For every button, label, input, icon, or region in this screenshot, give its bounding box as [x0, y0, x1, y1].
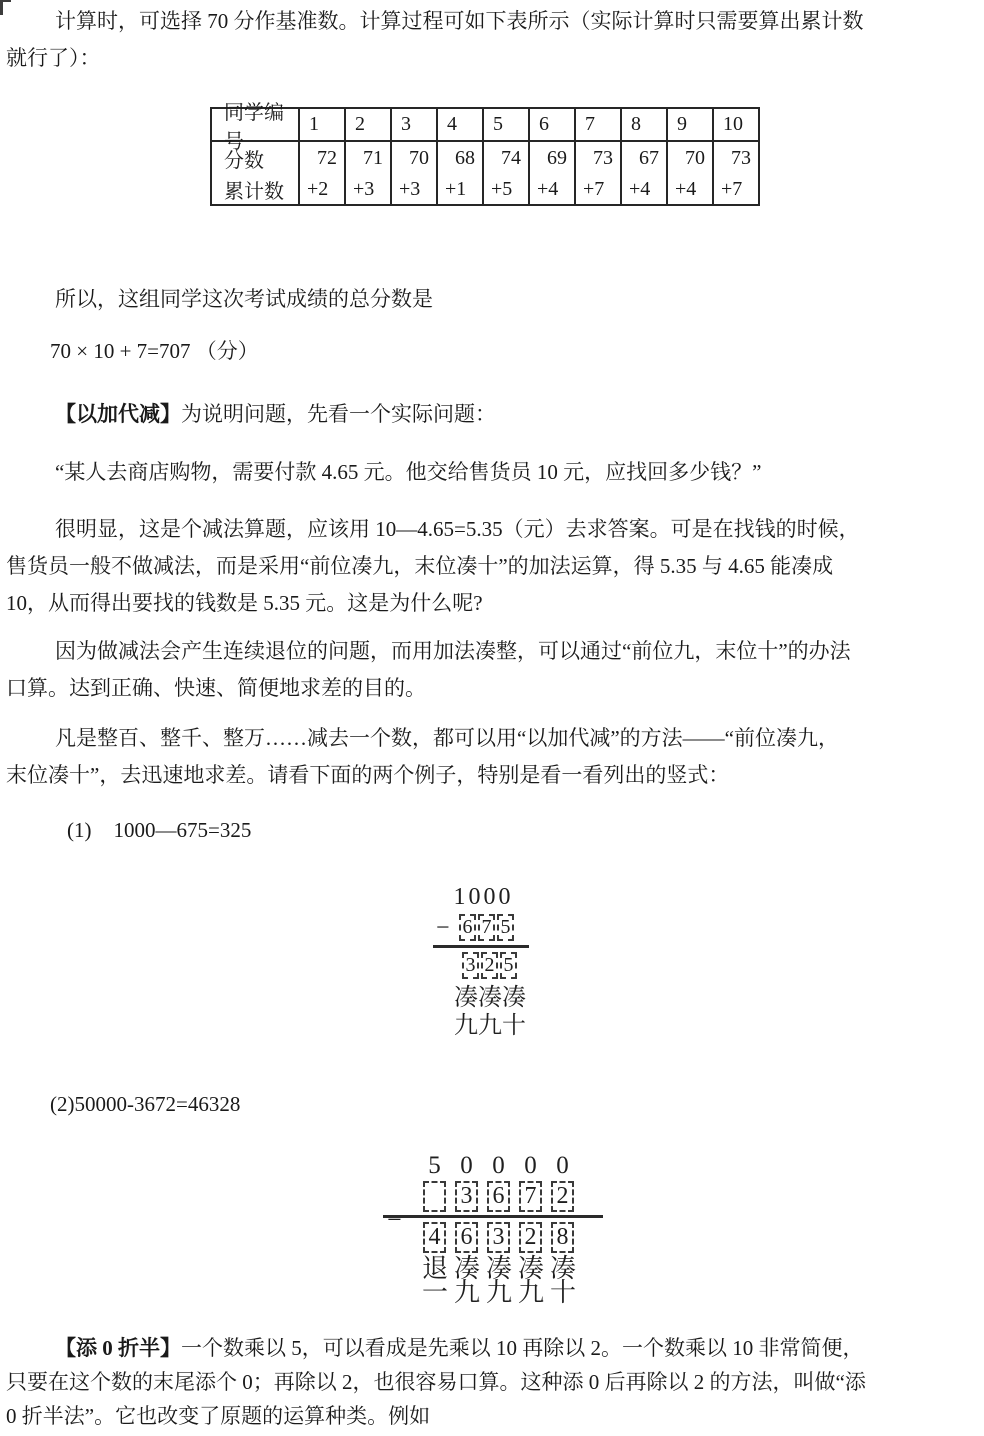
cell-value: +5: [491, 178, 512, 201]
paragraph-add-for-subtract-head: 【以加代减】为说明问题，先看一个实际问题：: [6, 396, 978, 433]
digit-box: 2: [519, 1222, 542, 1253]
calc2-subtrahend-boxes: 3672: [423, 1181, 583, 1212]
cumulative-cell: +4: [528, 174, 574, 204]
digit-box: 2: [481, 952, 498, 979]
note-char: 十: [547, 1281, 579, 1305]
score-cell: 74: [482, 142, 528, 174]
student-number-cell: 3: [390, 109, 436, 140]
score-cell: 68: [436, 142, 482, 174]
cell-value: 5: [493, 113, 503, 136]
cell-value: +3: [353, 178, 374, 201]
section-header-append-zero: 【添 0 折半】: [55, 1336, 181, 1360]
digit-box: 5: [500, 952, 517, 979]
paragraph-obvious: 很明显，这是个减法算题，应该用 10—4.65=5.35（元）去求答案。可是在找…: [6, 511, 978, 622]
student-number-cell: 10: [712, 109, 758, 140]
score-row-label: 分数: [212, 142, 298, 174]
paragraph-line: 0 折半法”。它也改变了原题的运算种类。例如: [6, 1399, 978, 1433]
minuend-digit: 1: [452, 886, 467, 909]
student-number-cell: 2: [344, 109, 390, 140]
paragraph-intro: 计算时，可选择 70 分作基准数。计算过程可如下表所示（实际计算时只需要算出累计…: [6, 3, 978, 77]
summary-text: 所以，这组同学这次考试成绩的总分数是: [6, 281, 978, 318]
cell-value: 70: [685, 147, 705, 170]
minus-sign: −: [436, 916, 450, 940]
section-header-add-for-subtract: 【以加代减】: [55, 402, 181, 426]
cell-value: +4: [629, 178, 650, 201]
cell-value: +7: [583, 178, 604, 201]
digit-box: 6: [459, 914, 476, 941]
cumulative-cell: +7: [574, 174, 620, 204]
paragraph-summary: 所以，这组同学这次考试成绩的总分数是: [6, 281, 978, 318]
minuend-digit: 0: [551, 1156, 574, 1176]
cell-value: 74: [501, 147, 521, 170]
cumulative-cell: +7: [712, 174, 758, 204]
table-cumulative-row: 累计数 +2+3+3+1+5+4+7+4+4+7: [212, 174, 758, 204]
cell-value: +7: [721, 178, 742, 201]
student-number-cell: 8: [620, 109, 666, 140]
score-table: 同学编号 12345678910 分数 72717068746973677073…: [210, 107, 760, 206]
total-formula: 70 × 10 + 7=707 （分）: [50, 336, 259, 366]
note-char: 九: [515, 1281, 547, 1305]
intro-line-1: 计算时，可选择 70 分作基准数。计算过程可如下表所示（实际计算时只需要算出累计…: [6, 3, 978, 40]
cumulative-cell: +1: [436, 174, 482, 204]
digit-box: 3: [455, 1181, 478, 1212]
cell-value: +2: [307, 178, 328, 201]
note-char: 九: [451, 1281, 483, 1305]
cell-value: 7: [585, 113, 595, 136]
calc2-note-row2: 一九九九十: [419, 1281, 605, 1305]
note-char: 九: [483, 1281, 515, 1305]
cumulative-cells: +2+3+3+1+5+4+7+4+4+7: [298, 174, 758, 204]
paragraph-line: 很明显，这是个减法算题，应该用 10—4.65=5.35（元）去求答案。可是在找…: [6, 511, 978, 548]
cell-value: 4: [447, 113, 457, 136]
digit-box: 8: [551, 1222, 574, 1253]
calc1-result-boxes: 325: [462, 952, 519, 979]
cell-value: +1: [445, 178, 466, 201]
cell-value: +4: [537, 178, 558, 201]
calc1-note-line1: 凑凑凑: [452, 986, 528, 1011]
digit-box: 4: [423, 1222, 446, 1253]
score-cell: 72: [298, 142, 344, 174]
minuend-digit: 0: [487, 1156, 510, 1176]
cell-value: 8: [631, 113, 641, 136]
score-cell: 73: [574, 142, 620, 174]
quote-text: “某人去商店购物，需要付款 4.65 元。他交给售货员 10 元，应找回多少钱？…: [6, 454, 978, 491]
digit-box: 7: [519, 1181, 542, 1212]
cell-value: +3: [399, 178, 420, 201]
example2-equation: (2)50000-3672=46328: [50, 1089, 240, 1119]
student-number-cell: 1: [298, 109, 344, 140]
digit-box: 3: [462, 952, 479, 979]
section-intro-text: 为说明问题，先看一个实际问题：: [181, 402, 496, 426]
calc2-result-boxes: 46328: [423, 1222, 583, 1253]
calc1-note-line2: 九九十: [452, 1014, 528, 1039]
cumulative-cell: +5: [482, 174, 528, 204]
minuend-digit: 5: [423, 1156, 446, 1176]
score-cell: 69: [528, 142, 574, 174]
cumulative-cell: +4: [620, 174, 666, 204]
example1-equation: 1000—675=325: [114, 815, 252, 845]
score-cell: 73: [712, 142, 758, 174]
student-number-cells: 12345678910: [298, 109, 758, 140]
paragraph-line: 凡是整百、整千、整万……减去一个数，都可以用“以加代减”的方法——“前位凑九，: [6, 720, 978, 757]
cell-value: 69: [547, 147, 567, 170]
calc2-subtrahend-row: − 3672: [383, 1181, 605, 1212]
minuend-digit: 0: [467, 886, 482, 909]
paragraph-line: 售货员一般不做减法，而是采用“前位凑九，末位凑十”的加法运算，得 5.35 与 …: [6, 548, 978, 585]
score-cell: 70: [666, 142, 712, 174]
digit-box: 6: [487, 1181, 510, 1212]
example1-label: (1): [67, 815, 92, 845]
vertical-calc-1: 1000 − 675 325 凑凑凑 九九十: [433, 886, 543, 1039]
note-char: 一: [419, 1281, 451, 1305]
paragraph-line: 只要在这个数的末尾添个 0；再除以 2，也很容易口算。这种添 0 后再除以 2 …: [6, 1365, 978, 1399]
student-number-cell: 9: [666, 109, 712, 140]
score-cell: 71: [344, 142, 390, 174]
minuend-digit: 0: [482, 886, 497, 909]
cell-value: 70: [409, 147, 429, 170]
cell-value: 10: [723, 113, 743, 136]
paragraph-append-zero: 【添 0 折半】一个数乘以 5，可以看成是先乘以 10 再除以 2。一个数乘以 …: [6, 1331, 978, 1433]
cell-value: 71: [363, 147, 383, 170]
paragraph-line: 口算。达到正确、快速、简便地求差的目的。: [6, 670, 978, 707]
calc1-minuend-row: 1000: [452, 886, 543, 909]
cell-value: 73: [731, 147, 751, 170]
calc2-minuend-row: 50000: [423, 1156, 605, 1176]
calc2-rule-line: [383, 1215, 603, 1218]
cell-value: 1: [309, 113, 319, 136]
calc1-rule-line: [433, 945, 529, 948]
example1-line: (1)1000—675=325: [67, 815, 251, 845]
table-header-label: 同学编号: [212, 109, 298, 140]
minuend-digit: 0: [497, 886, 512, 909]
paragraph-general-rule: 凡是整百、整千、整万……减去一个数，都可以用“以加代减”的方法——“前位凑九， …: [6, 720, 978, 794]
paragraph-line: 10，从而得出要找的钱数是 5.35 元。这是为什么呢?: [6, 585, 978, 622]
cell-value: 2: [355, 113, 365, 136]
cumulative-row-label: 累计数: [212, 174, 298, 204]
digit-box: [423, 1181, 446, 1212]
cell-value: 3: [401, 113, 411, 136]
calc1-result-row: 325: [462, 952, 543, 979]
paragraph-line: 末位凑十”，去迅速地求差。请看下面的两个例子，特别是看一看列出的竖式：: [6, 757, 978, 794]
student-number-cell: 5: [482, 109, 528, 140]
intro-line-2: 就行了）：: [6, 40, 978, 77]
paragraph-line: 因为做减法会产生连续退位的问题，而用加法凑整，可以通过“前位九，末位十”的办法: [6, 633, 978, 670]
cell-value: 6: [539, 113, 549, 136]
cumulative-cell: +3: [390, 174, 436, 204]
student-number-cell: 7: [574, 109, 620, 140]
cell-value: 9: [677, 113, 687, 136]
cumulative-cell: +2: [298, 174, 344, 204]
digit-box: 6: [455, 1222, 478, 1253]
calc1-subtrahend-row: − 675: [433, 914, 543, 941]
cell-value: +4: [675, 178, 696, 201]
calc2-result-row: 46328: [383, 1222, 605, 1253]
cell-value: 72: [317, 147, 337, 170]
cell-value: 68: [455, 147, 475, 170]
digit-box: 3: [487, 1222, 510, 1253]
document-page: 计算时，可选择 70 分作基准数。计算过程可如下表所示（实际计算时只需要算出累计…: [0, 0, 984, 1436]
paragraph-quote: “某人去商店购物，需要付款 4.65 元。他交给售货员 10 元，应找回多少钱？…: [6, 454, 978, 491]
vertical-calc-2: 50000 − 3672 46328 退凑凑凑凑 一九九九十: [383, 1156, 605, 1305]
minuend-digit: 0: [455, 1156, 478, 1176]
table-score-row: 分数 72717068746973677073: [212, 142, 758, 174]
cell-value: 73: [593, 147, 613, 170]
minus-sign: −: [387, 1207, 402, 1233]
digit-box: 5: [497, 914, 514, 941]
table-header-row: 同学编号 12345678910: [212, 109, 758, 142]
minuend-digit: 0: [519, 1156, 542, 1176]
paragraph-line: 一个数乘以 5，可以看成是先乘以 10 再除以 2。一个数乘以 10 非常简便，: [181, 1336, 864, 1360]
score-cell: 70: [390, 142, 436, 174]
cell-value: 67: [639, 147, 659, 170]
score-cell: 67: [620, 142, 666, 174]
score-cells: 72717068746973677073: [298, 142, 758, 174]
calc1-subtrahend-boxes: 675: [459, 914, 516, 941]
cumulative-cell: +3: [344, 174, 390, 204]
digit-box: 2: [551, 1181, 574, 1212]
digit-box: 7: [478, 914, 495, 941]
cumulative-cell: +4: [666, 174, 712, 204]
student-number-cell: 4: [436, 109, 482, 140]
student-number-cell: 6: [528, 109, 574, 140]
paragraph-reason: 因为做减法会产生连续退位的问题，而用加法凑整，可以通过“前位九，末位十”的办法 …: [6, 633, 978, 707]
